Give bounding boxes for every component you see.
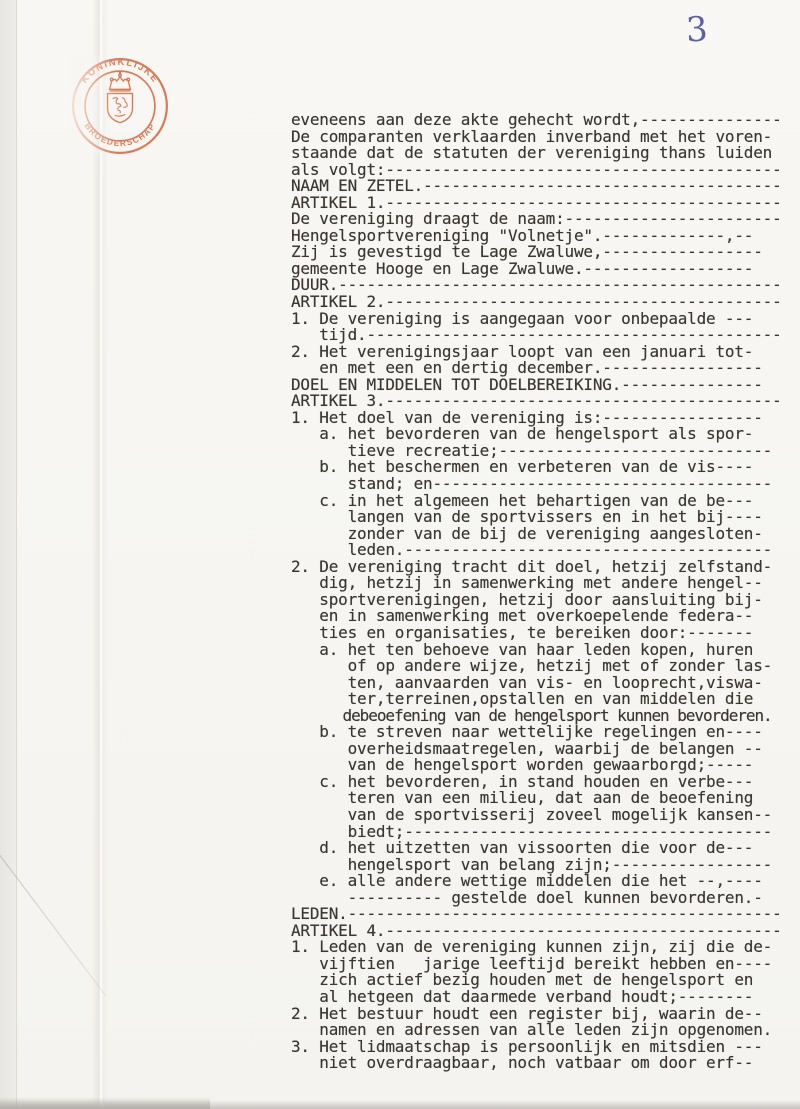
scan-bottom-edge-left — [0, 1097, 210, 1109]
scan-left-edge — [0, 0, 17, 1109]
document-page: KONINKLIJKE BROEDERSCHAP — [0, 0, 800, 1109]
royal-brotherhood-stamp: KONINKLIJKE BROEDERSCHAP — [70, 56, 170, 156]
handwritten-page-number: 3 — [685, 9, 709, 50]
stamp-shield-icon — [108, 94, 133, 123]
stamp-crown-icon — [110, 72, 131, 91]
paper-fold-crease — [92, 0, 108, 1109]
typewritten-text-block: eveneens aan deze akte gehecht wordt,---… — [291, 112, 800, 1072]
text-line: niet overdraagbaar, noch vatbaar om door… — [291, 1055, 800, 1072]
